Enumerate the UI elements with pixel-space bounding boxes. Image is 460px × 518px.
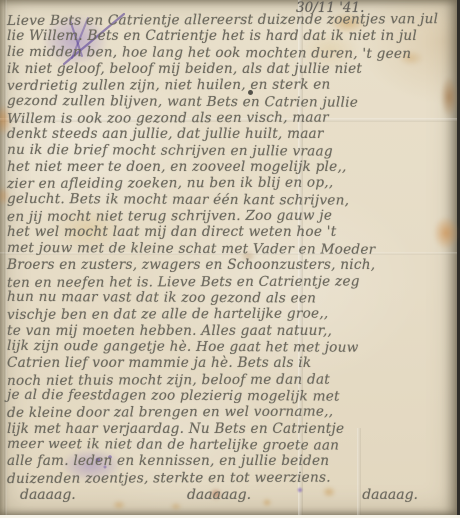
letter-line: meer weet ik niet dan de hartelijke groe… [7, 436, 451, 455]
letter-line: Willem is ook zoo gezond als een visch, … [7, 109, 451, 127]
letter-body: Lieve Bets en Catrientje allereerst duiz… [7, 12, 451, 486]
letter-line: en jij mocht niet terug schrijven. Zoo g… [7, 207, 451, 225]
letter-line: het niet meer te doen, en zooveel mogeli… [7, 159, 451, 175]
letter-line: lijk zijn oude gangetje hè. Hoe gaat het… [7, 338, 451, 357]
letter-line: verdrietig zullen zijn, niet huilen, en … [7, 76, 451, 94]
letter-line: denkt steeds aan jullie, dat jullie huil… [7, 126, 451, 142]
letter-line: het wel mocht laat mij dan direct weten … [7, 224, 451, 240]
letter-line: Broers en zusters, zwagers en Schoonzust… [7, 257, 451, 273]
letter-line: ten en neefen het is. Lieve Bets en Catr… [7, 273, 451, 291]
letter-line: te van mij moeten hebben. Alles gaat nat… [7, 323, 451, 339]
letter-line: lie Willem. Bets en Catrientje het is ha… [7, 28, 451, 44]
letter-line: duizenden zoentjes, sterkte en tot weerz… [7, 469, 451, 487]
letter-line: noch niet thuis mocht zijn, beloof me da… [7, 371, 451, 389]
signoff-word: daaaag. [20, 487, 76, 503]
letter-line: lijk met haar verjaardag. Nu Bets en Cat… [7, 421, 451, 437]
signoff-word: daaaaag. [187, 487, 251, 503]
signoff-word: daaaag. [362, 487, 418, 503]
letter-line: de kleine door zal brengen en wel voorna… [7, 403, 451, 421]
letter-line: vischje ben en dat ze alle de hartelijke… [7, 305, 451, 323]
letter-line: ik niet geloof, beloof mij beiden, als d… [7, 61, 451, 77]
letter-line: zier en afleiding zoeken, nu ben ik blij… [7, 174, 451, 192]
signoff-row: daaaag. daaaaag. daaaag. [20, 487, 418, 503]
letter-line: alle fam. leden en kennissen, en jullie … [7, 453, 451, 469]
letter-line: Catrien lief voor mammie ja hè. Bets als… [7, 355, 451, 371]
letter-line: met jouw met de kleine schat met Vader e… [7, 240, 451, 259]
letter-scan: 30/11 '41. Lieve Bets en Catrientje alle… [0, 0, 460, 518]
letter-line: lie midden ben, hoe lang het ook mochten… [7, 44, 451, 63]
letter-line: Lieve Bets en Catrientje allereerst duiz… [7, 11, 451, 29]
letter-line: nu ik die brief mocht schrijven en julli… [7, 142, 451, 161]
